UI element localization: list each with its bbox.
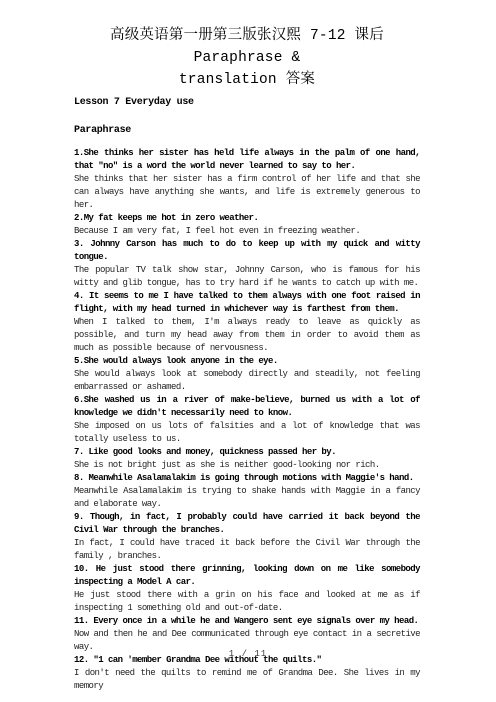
document-title-line1: 高级英语第一册第三版张汉熙 7-12 课后 Paraphrase &: [74, 25, 420, 69]
answer-text: In fact, I could have traced it back bef…: [74, 537, 420, 563]
paraphrase-item: 2.My fat keeps me hot in zero weather.Be…: [74, 212, 420, 238]
answer-text: He just stood there with a grin on his f…: [74, 589, 420, 615]
paraphrase-item: 7. Like good looks and money, quickness …: [74, 446, 420, 472]
question-text: 3. Johnny Carson has much to do to keep …: [74, 238, 420, 264]
paraphrase-list: 1.She thinks her sister has held life al…: [74, 147, 420, 693]
question-text: 2.My fat keeps me hot in zero weather.: [74, 212, 420, 225]
paraphrase-item: 8. Meanwhile Asalamalakim is going throu…: [74, 472, 420, 511]
answer-text: She thinks that her sister has a firm co…: [74, 173, 420, 212]
paraphrase-item: 4. It seems to me I have talked to them …: [74, 290, 420, 355]
question-text: 7. Like good looks and money, quickness …: [74, 446, 420, 459]
paraphrase-item: 1.She thinks her sister has held life al…: [74, 147, 420, 212]
answer-text: The popular TV talk show star, Johnny Ca…: [74, 264, 420, 290]
question-text: 9. Though, in fact, I probably could hav…: [74, 511, 420, 537]
paraphrase-item: 5.She would always look anyone in the ey…: [74, 355, 420, 394]
question-text: 4. It seems to me I have talked to them …: [74, 290, 420, 316]
document-page: 高级英语第一册第三版张汉熙 7-12 课后 Paraphrase & trans…: [0, 0, 496, 702]
question-text: 10. He just stood there grinning, lookin…: [74, 563, 420, 589]
paraphrase-item: 3. Johnny Carson has much to do to keep …: [74, 238, 420, 290]
paraphrase-item: 10. He just stood there grinning, lookin…: [74, 563, 420, 615]
lesson-heading: Lesson 7 Everyday use: [74, 96, 420, 109]
paraphrase-item: 9. Though, in fact, I probably could hav…: [74, 511, 420, 563]
answer-text: She imposed on us lots of falsities and …: [74, 420, 420, 446]
question-text: 11. Every once in a while he and Wangero…: [74, 615, 420, 628]
document-title-line2: translation 答案: [74, 69, 420, 91]
answer-text: I don't need the quilts to remind me of …: [74, 667, 420, 693]
answer-text: Meanwhile Asalamalakim is trying to shak…: [74, 485, 420, 511]
question-text: 5.She would always look anyone in the ey…: [74, 355, 420, 368]
page-number-indicator: 1 / 11: [0, 649, 496, 659]
document-content: 高级英语第一册第三版张汉熙 7-12 课后 Paraphrase & trans…: [0, 0, 496, 693]
answer-text: Because I am very fat, I feel hot even i…: [74, 225, 420, 238]
question-text: 6.She washed us in a river of make-belie…: [74, 394, 420, 420]
document-title: 高级英语第一册第三版张汉熙 7-12 课后 Paraphrase & trans…: [74, 25, 420, 91]
section-heading: Paraphrase: [74, 124, 420, 137]
answer-text: When I talked to them, I'm always ready …: [74, 316, 420, 355]
question-text: 8. Meanwhile Asalamalakim is going throu…: [74, 472, 420, 485]
answer-text: She would always look at somebody direct…: [74, 368, 420, 394]
question-text: 1.She thinks her sister has held life al…: [74, 147, 420, 173]
paraphrase-item: 6.She washed us in a river of make-belie…: [74, 394, 420, 446]
paraphrase-item: 12. "1 can 'member Grandma Dee without t…: [74, 654, 420, 693]
answer-text: She is not bright just as she is neither…: [74, 459, 420, 472]
